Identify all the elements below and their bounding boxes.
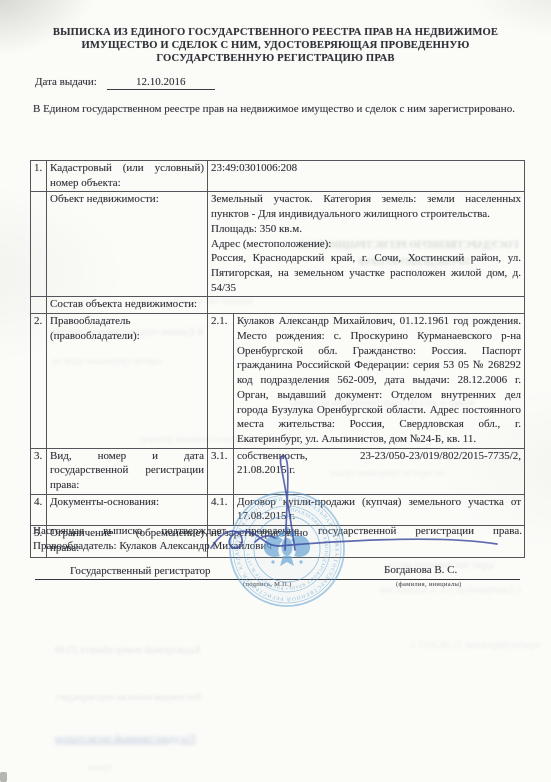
scanned-document-page: ГОСУДАРСТВЕННУЮ РЕГИСТРАЦИЮ ПРАВ ПРОВЕДЕ… xyxy=(0,0,551,782)
bleedthrough-text: зарегистрировано 21.08.2015 г. xyxy=(410,640,541,651)
intro-paragraph: В Едином государственном реестре прав на… xyxy=(33,102,520,117)
scan-edge-mark xyxy=(0,772,7,782)
bleedthrough-text: Кадастровый номер объекта 23:49 xyxy=(55,645,201,656)
row-value: 23:49:0301006:208 xyxy=(208,161,525,192)
name-caption: (фамилия, инициалы) xyxy=(396,581,462,588)
row-value: Кулаков Александр Михайлович, 01.12.1961… xyxy=(234,314,525,448)
table-row: Состав объекта недвижимости: xyxy=(31,297,525,314)
row-label: Объект недвижимости: xyxy=(47,192,208,297)
row-label: Правообладатель (правообладатели): xyxy=(47,314,208,448)
bleedthrough-text: Настоящая выписка подтверждает xyxy=(55,692,201,703)
row-label: Состав объекта недвижимости: xyxy=(47,297,208,314)
row-label: Документы-основания: xyxy=(47,494,208,525)
registrar-signature xyxy=(195,438,525,573)
row-label: Кадастровый (или условный) номер объекта… xyxy=(47,161,208,192)
row-number: 2. xyxy=(31,314,47,448)
row-number xyxy=(31,192,47,297)
row-label: Вид, номер и дата государственной регист… xyxy=(47,448,208,494)
row-number: 1. xyxy=(31,161,47,192)
row-value: Земельный участок. Категория земель: зем… xyxy=(208,192,525,297)
document-title: ВЫПИСКА ИЗ ЕДИНОГО ГОСУДАРСТВЕННОГО РЕЕС… xyxy=(50,27,502,66)
row-subnumber: 2.1. xyxy=(208,314,234,448)
row-number xyxy=(31,297,47,314)
table-row: 2. Правообладатель (правообладатели): 2.… xyxy=(31,314,525,448)
row-number: 3. xyxy=(31,448,47,494)
bleedthrough-text: права xyxy=(88,762,112,773)
bleedthrough-text: Государственный регистратор xyxy=(55,733,196,745)
table-row: Объект недвижимости: Земельный участок. … xyxy=(31,192,525,297)
row-value xyxy=(208,297,525,314)
registrar-label: Государственный регистратор xyxy=(70,565,211,577)
issue-date-value: 12.10.2016 xyxy=(107,76,215,90)
issue-date-label: Дата выдачи: xyxy=(35,76,97,88)
row-number: 4. xyxy=(31,494,47,525)
issue-date-row: Дата выдачи:12.10.2016 xyxy=(35,76,551,90)
table-row: 1. Кадастровый (или условный) номер объе… xyxy=(31,161,525,192)
